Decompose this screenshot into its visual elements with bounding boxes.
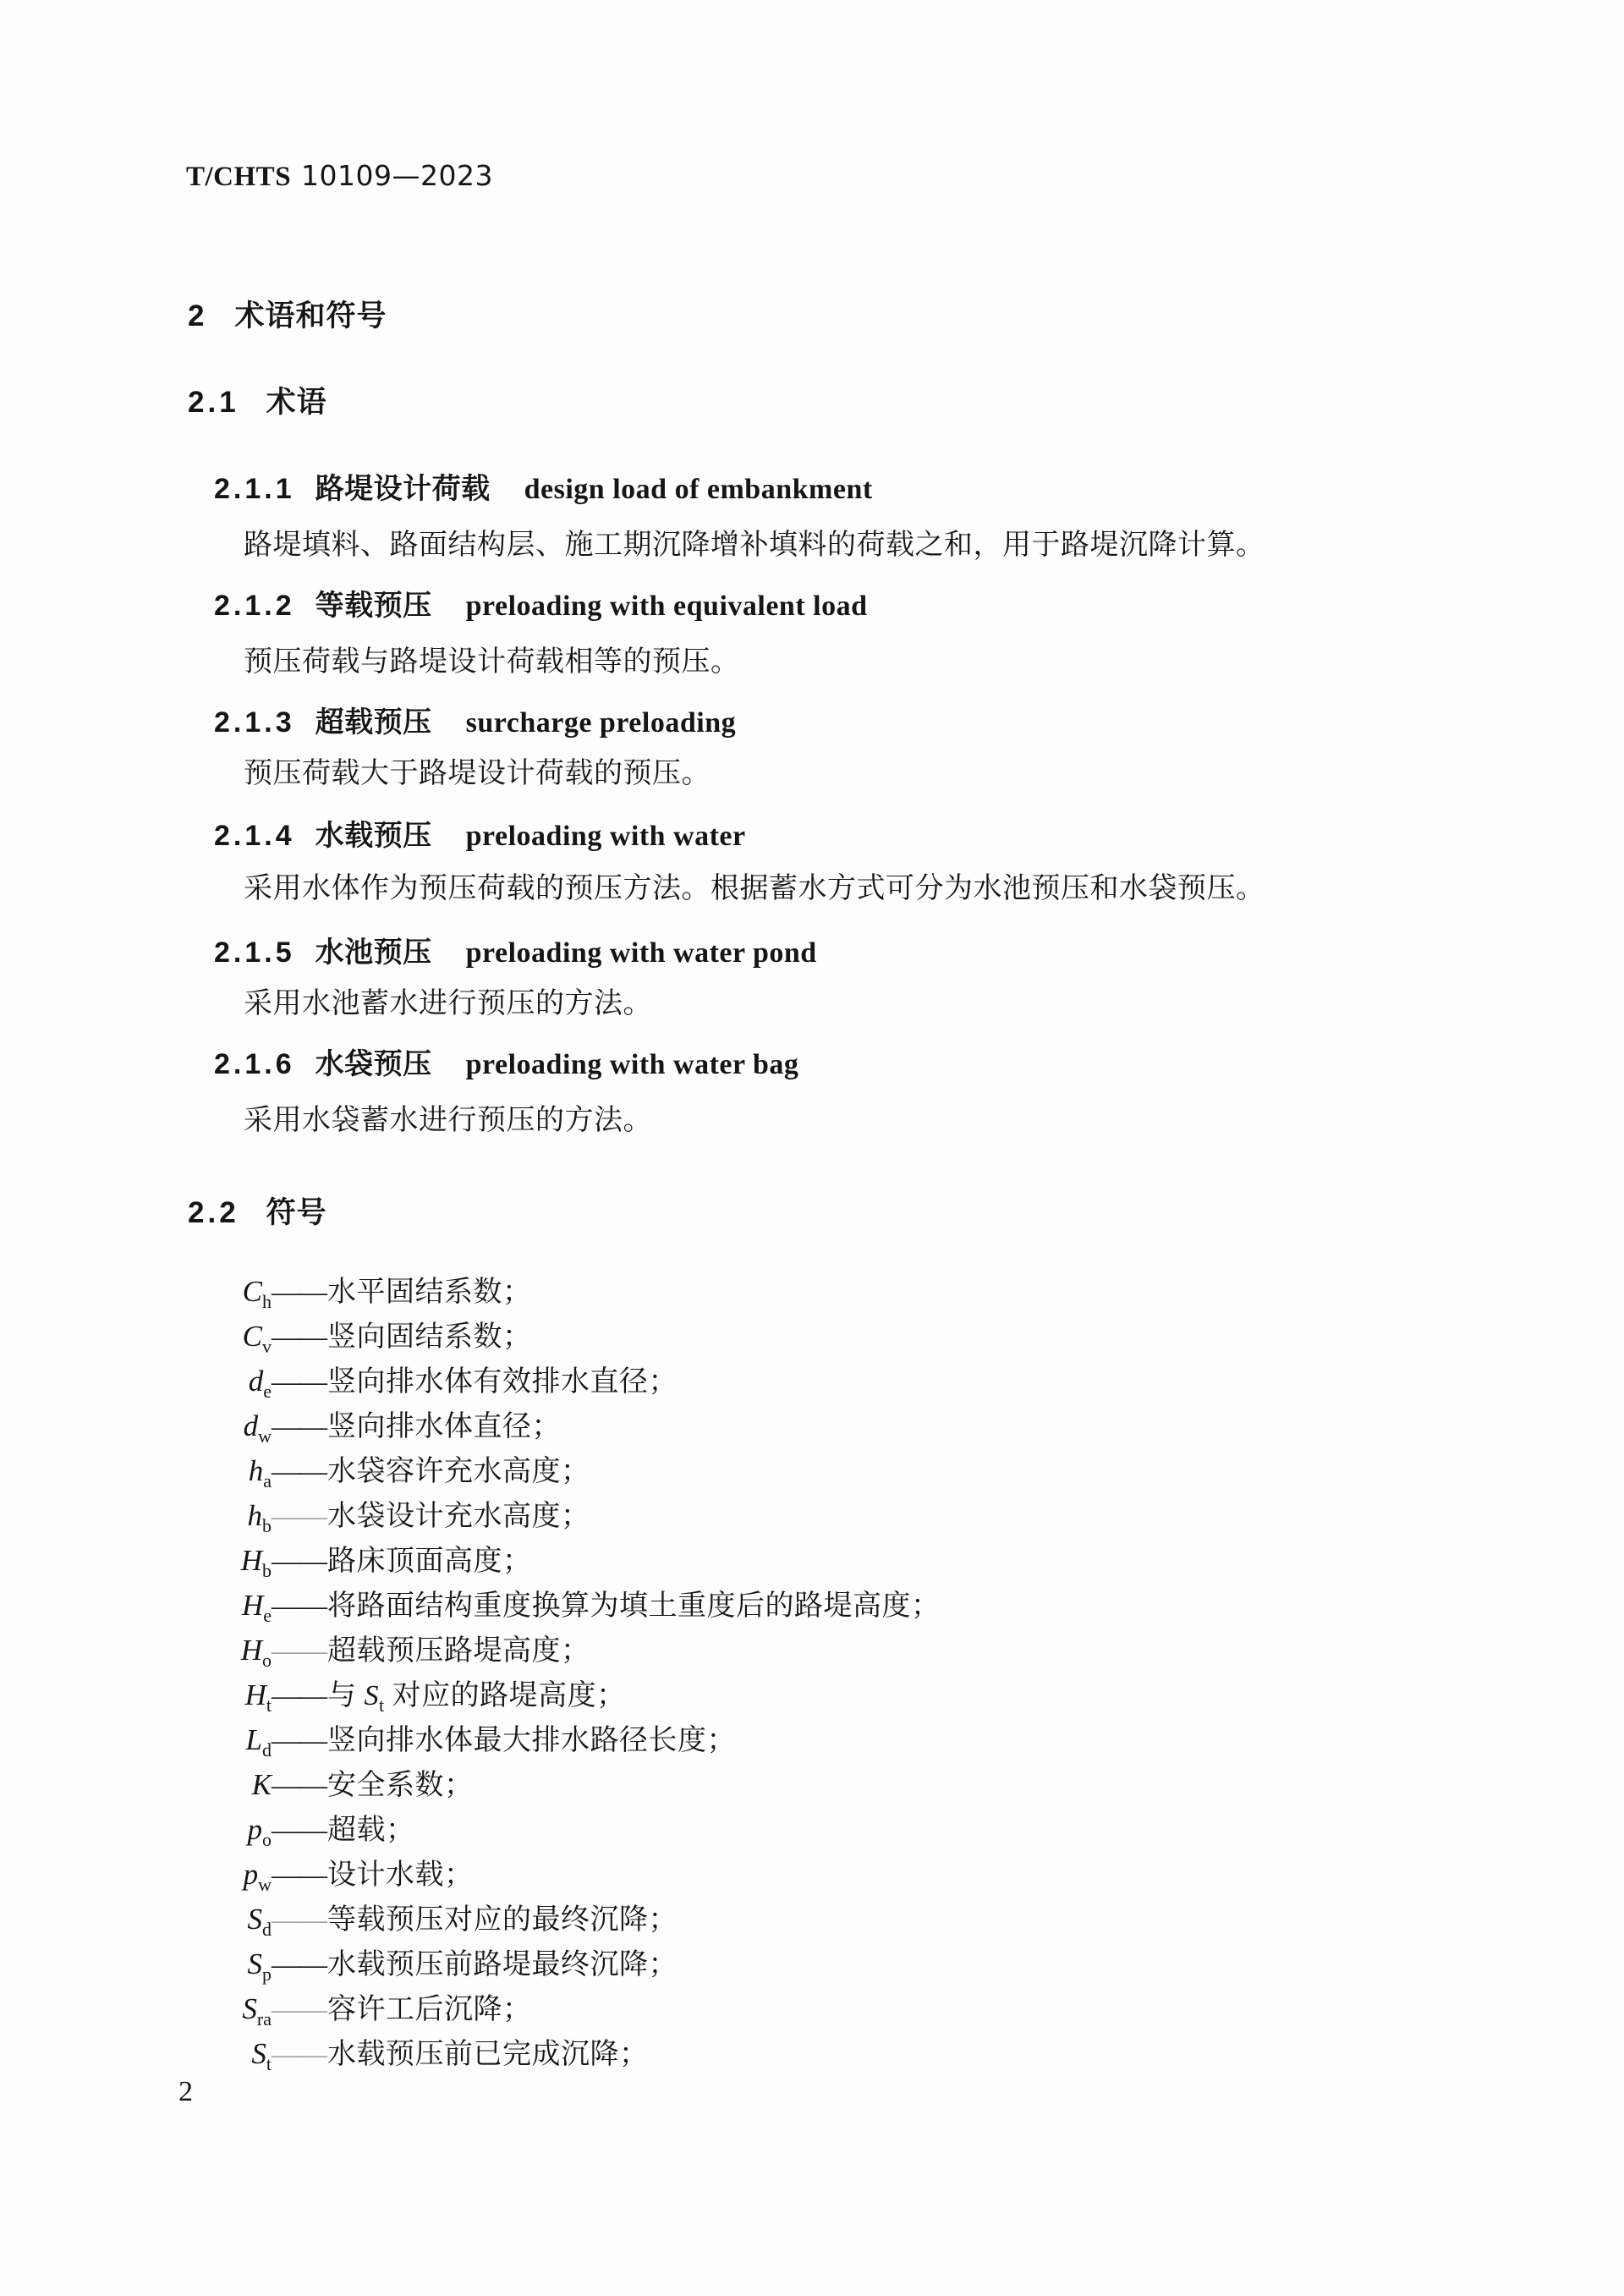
em-dash-separator: —— bbox=[272, 1949, 326, 1981]
symbol-definition: 水袋容许充水高度； bbox=[327, 1456, 590, 1487]
em-dash-separator: —— bbox=[272, 1770, 326, 1802]
symbol-row: ha——水袋容许充水高度； bbox=[216, 1447, 590, 1492]
symbol-row: Cv——竖向固结系数； bbox=[216, 1313, 532, 1358]
symbol-subscript: b bbox=[262, 1560, 272, 1581]
symbol-subscript: o bbox=[262, 1829, 272, 1850]
term-id: 2.1.3 bbox=[214, 706, 295, 739]
em-dash-separator: —— bbox=[272, 1501, 326, 1533]
symbol-letter: L bbox=[246, 1723, 262, 1756]
symbol-definition: 水袋设计充水高度； bbox=[327, 1501, 590, 1532]
symbol-definition: 竖向排水体有效排水直径； bbox=[327, 1366, 678, 1398]
symbol-letter: C bbox=[243, 1275, 262, 1308]
term-zh: 水池预压 bbox=[315, 937, 432, 969]
term-zh: 等载预压 bbox=[315, 590, 432, 622]
symbol-letter: S bbox=[248, 1947, 263, 1980]
symbol-row: Hb——路床顶面高度； bbox=[216, 1537, 532, 1582]
symbol-row: pw——设计水载； bbox=[216, 1851, 474, 1896]
em-dash-separator: —— bbox=[272, 1904, 326, 1936]
definition-suffix: 对应的路堤高度； bbox=[385, 1680, 626, 1711]
symbol-definition: 超载预压路堤高度； bbox=[327, 1635, 590, 1667]
em-dash-separator: —— bbox=[272, 1815, 326, 1847]
symbol-letter: C bbox=[243, 1320, 262, 1353]
term-id: 2.1.1 bbox=[214, 473, 295, 505]
chapter-heading: 2术语和符号 bbox=[188, 293, 387, 335]
symbol-row: Sra——容许工后沉降； bbox=[216, 1986, 532, 2030]
em-dash-separator: —— bbox=[272, 1635, 326, 1667]
term-zh: 水载预压 bbox=[315, 820, 432, 852]
referenced-symbol-subscript: t bbox=[379, 1695, 385, 1716]
term-definition: 采用水袋蓄水进行预压的方法。 bbox=[244, 1096, 652, 1138]
symbol-letter: H bbox=[241, 1544, 262, 1577]
symbol-row: Ld——竖向排水体最大排水路径长度； bbox=[216, 1717, 736, 1761]
symbol-definition: 水载预压前路堤最终沉降； bbox=[327, 1949, 678, 1980]
definition-prefix: 与 bbox=[327, 1680, 365, 1711]
symbol-letter: h bbox=[248, 1499, 263, 1532]
em-dash-separator: —— bbox=[272, 1366, 326, 1398]
symbol-definition: 将路面结构重度换算为填土重度后的路堤高度； bbox=[327, 1590, 941, 1622]
em-dash-separator: —— bbox=[272, 1859, 326, 1892]
term-heading: 2.1.5水池预压preloading with water pond bbox=[214, 929, 817, 970]
symbol-row: Ht——与 St 对应的路堤高度； bbox=[216, 1672, 626, 1717]
term-id: 2.1.6 bbox=[214, 1048, 295, 1080]
symbol-definition: 超载； bbox=[327, 1815, 415, 1846]
symbol-letter: p bbox=[244, 1858, 259, 1891]
symbol-subscript: e bbox=[263, 1381, 272, 1402]
symbol-row: Ch——水平固结系数； bbox=[216, 1268, 532, 1313]
symbol-subscript: o bbox=[262, 1650, 272, 1671]
symbol-letter: H bbox=[241, 1634, 262, 1667]
symbol-row: He——将路面结构重度换算为填土重度后的路堤高度； bbox=[216, 1582, 941, 1627]
section-number: 2.2 bbox=[188, 1196, 239, 1229]
symbol-subscript: e bbox=[263, 1605, 272, 1626]
em-dash-separator: —— bbox=[272, 1994, 326, 2026]
referenced-symbol-letter: S bbox=[365, 1680, 380, 1711]
symbol-letter: K bbox=[252, 1768, 272, 1801]
standard-code-number: 10109—2023 bbox=[301, 159, 493, 192]
symbol-subscript: h bbox=[262, 1291, 272, 1312]
chapter-number: 2 bbox=[188, 299, 207, 332]
term-id: 2.1.5 bbox=[214, 937, 295, 969]
symbol-subscript: ra bbox=[257, 2008, 272, 2030]
term-zh: 水袋预压 bbox=[315, 1048, 432, 1080]
term-zh: 路堤设计荷载 bbox=[315, 473, 491, 505]
symbol-row: Sd——等载预压对应的最终沉降； bbox=[216, 1896, 678, 1941]
term-heading: 2.1.4水载预压preloading with water bbox=[214, 812, 746, 854]
em-dash-separator: —— bbox=[272, 1680, 326, 1712]
section-number: 2.1 bbox=[188, 386, 239, 419]
symbol-subscript: v bbox=[262, 1336, 272, 1357]
symbol-definition: 竖向排水体最大排水路径长度； bbox=[327, 1725, 736, 1756]
em-dash-separator: —— bbox=[272, 1277, 326, 1309]
symbol-subscript: d bbox=[262, 1919, 272, 1940]
symbol-row: St——水载预压前已完成沉降； bbox=[216, 2030, 649, 2075]
symbol-subscript: d bbox=[262, 1739, 272, 1760]
term-heading: 2.1.2等载预压preloading with equivalent load bbox=[214, 582, 868, 623]
term-heading: 2.1.1路堤设计荷载design load of embankment bbox=[214, 465, 873, 507]
section-heading-symbols: 2.2符号 bbox=[188, 1189, 327, 1232]
term-en: preloading with water bbox=[466, 821, 746, 852]
symbol-definition: 水平固结系数； bbox=[327, 1277, 532, 1308]
term-zh: 超载预压 bbox=[315, 706, 432, 739]
term-definition: 采用水体作为预压荷载的预压方法。根据蓄水方式可分为水池预压和水袋预压。 bbox=[244, 865, 1265, 906]
symbol-definition: 水载预压前已完成沉降； bbox=[327, 2039, 649, 2070]
symbol-subscript: w bbox=[258, 1425, 272, 1447]
em-dash-separator: —— bbox=[272, 1546, 326, 1578]
symbol-definition: 竖向排水体直径； bbox=[327, 1411, 561, 1442]
symbol-row: po——超载； bbox=[216, 1806, 415, 1851]
term-heading: 2.1.3超载预压surcharge preloading bbox=[214, 699, 736, 740]
symbol-definition: 与 St 对应的路堤高度； bbox=[327, 1680, 626, 1711]
symbol-letter: d bbox=[249, 1365, 264, 1398]
document-page: T/CHTS10109—2023 2术语和符号 2.1术语 2.1.1路堤设计荷… bbox=[0, 0, 1624, 2296]
section-title: 术语 bbox=[266, 386, 327, 419]
symbol-subscript: w bbox=[258, 1874, 272, 1895]
chapter-title: 术语和符号 bbox=[234, 299, 387, 332]
term-en: preloading with water pond bbox=[466, 937, 817, 969]
symbol-definition: 容许工后沉降； bbox=[327, 1994, 532, 2025]
term-definition: 路堤填料、路面结构层、施工期沉降增补填料的荷载之和，用于路堤沉降计算。 bbox=[244, 521, 1265, 563]
page-number: 2 bbox=[178, 2076, 193, 2108]
term-heading: 2.1.6水袋预压preloading with water bag bbox=[214, 1041, 798, 1082]
section-title: 符号 bbox=[266, 1196, 327, 1229]
term-definition: 预压荷载与路堤设计荷载相等的预压。 bbox=[244, 638, 740, 679]
symbol-row: de——竖向排水体有效排水直径； bbox=[216, 1358, 678, 1403]
symbol-letter: S bbox=[251, 2037, 266, 2070]
symbol-row: hb——水袋设计充水高度； bbox=[216, 1492, 590, 1537]
term-id: 2.1.2 bbox=[214, 590, 295, 622]
symbol-subscript: a bbox=[263, 1470, 272, 1491]
symbol-row: dw——竖向排水体直径； bbox=[216, 1403, 561, 1447]
symbol-letter: p bbox=[248, 1813, 263, 1846]
term-definition: 采用水池蓄水进行预压的方法。 bbox=[244, 980, 652, 1021]
symbol-letter: S bbox=[248, 1903, 263, 1936]
symbol-definition: 安全系数； bbox=[327, 1770, 474, 1801]
em-dash-separator: —— bbox=[272, 2039, 326, 2071]
term-en: design load of embankment bbox=[524, 474, 873, 505]
symbol-letter: H bbox=[242, 1589, 263, 1622]
symbol-definition: 路床顶面高度； bbox=[327, 1546, 532, 1577]
em-dash-separator: —— bbox=[272, 1321, 326, 1354]
symbol-letter: H bbox=[245, 1678, 266, 1711]
symbol-row: Ho——超载预压路堤高度； bbox=[216, 1627, 590, 1672]
em-dash-separator: —— bbox=[272, 1590, 326, 1623]
term-en: preloading with water bag bbox=[466, 1049, 799, 1080]
symbol-letter: h bbox=[249, 1454, 264, 1487]
symbol-subscript: p bbox=[262, 1964, 272, 1985]
term-definition: 预压荷载大于路堤设计荷载的预压。 bbox=[244, 750, 710, 791]
symbol-row: Sp——水载预压前路堤最终沉降； bbox=[216, 1941, 678, 1986]
symbol-definition: 设计水载； bbox=[327, 1859, 474, 1891]
term-en: surcharge preloading bbox=[466, 707, 737, 739]
symbol-letter: d bbox=[244, 1409, 259, 1442]
symbol-definition: 竖向固结系数； bbox=[327, 1321, 532, 1353]
symbol-subscript: b bbox=[262, 1515, 272, 1536]
term-en: preloading with equivalent load bbox=[466, 590, 868, 622]
symbol-row: K——安全系数； bbox=[216, 1761, 474, 1806]
standard-code-prefix: T/CHTS bbox=[186, 162, 291, 192]
symbol-definition: 等载预压对应的最终沉降； bbox=[327, 1904, 678, 1936]
symbol-letter: S bbox=[242, 1992, 257, 2025]
em-dash-separator: —— bbox=[272, 1411, 326, 1443]
em-dash-separator: —— bbox=[272, 1725, 326, 1757]
term-id: 2.1.4 bbox=[214, 820, 295, 852]
em-dash-separator: —— bbox=[272, 1456, 326, 1488]
running-header: T/CHTS10109—2023 bbox=[186, 161, 493, 192]
section-heading-terms: 2.1术语 bbox=[188, 379, 327, 421]
